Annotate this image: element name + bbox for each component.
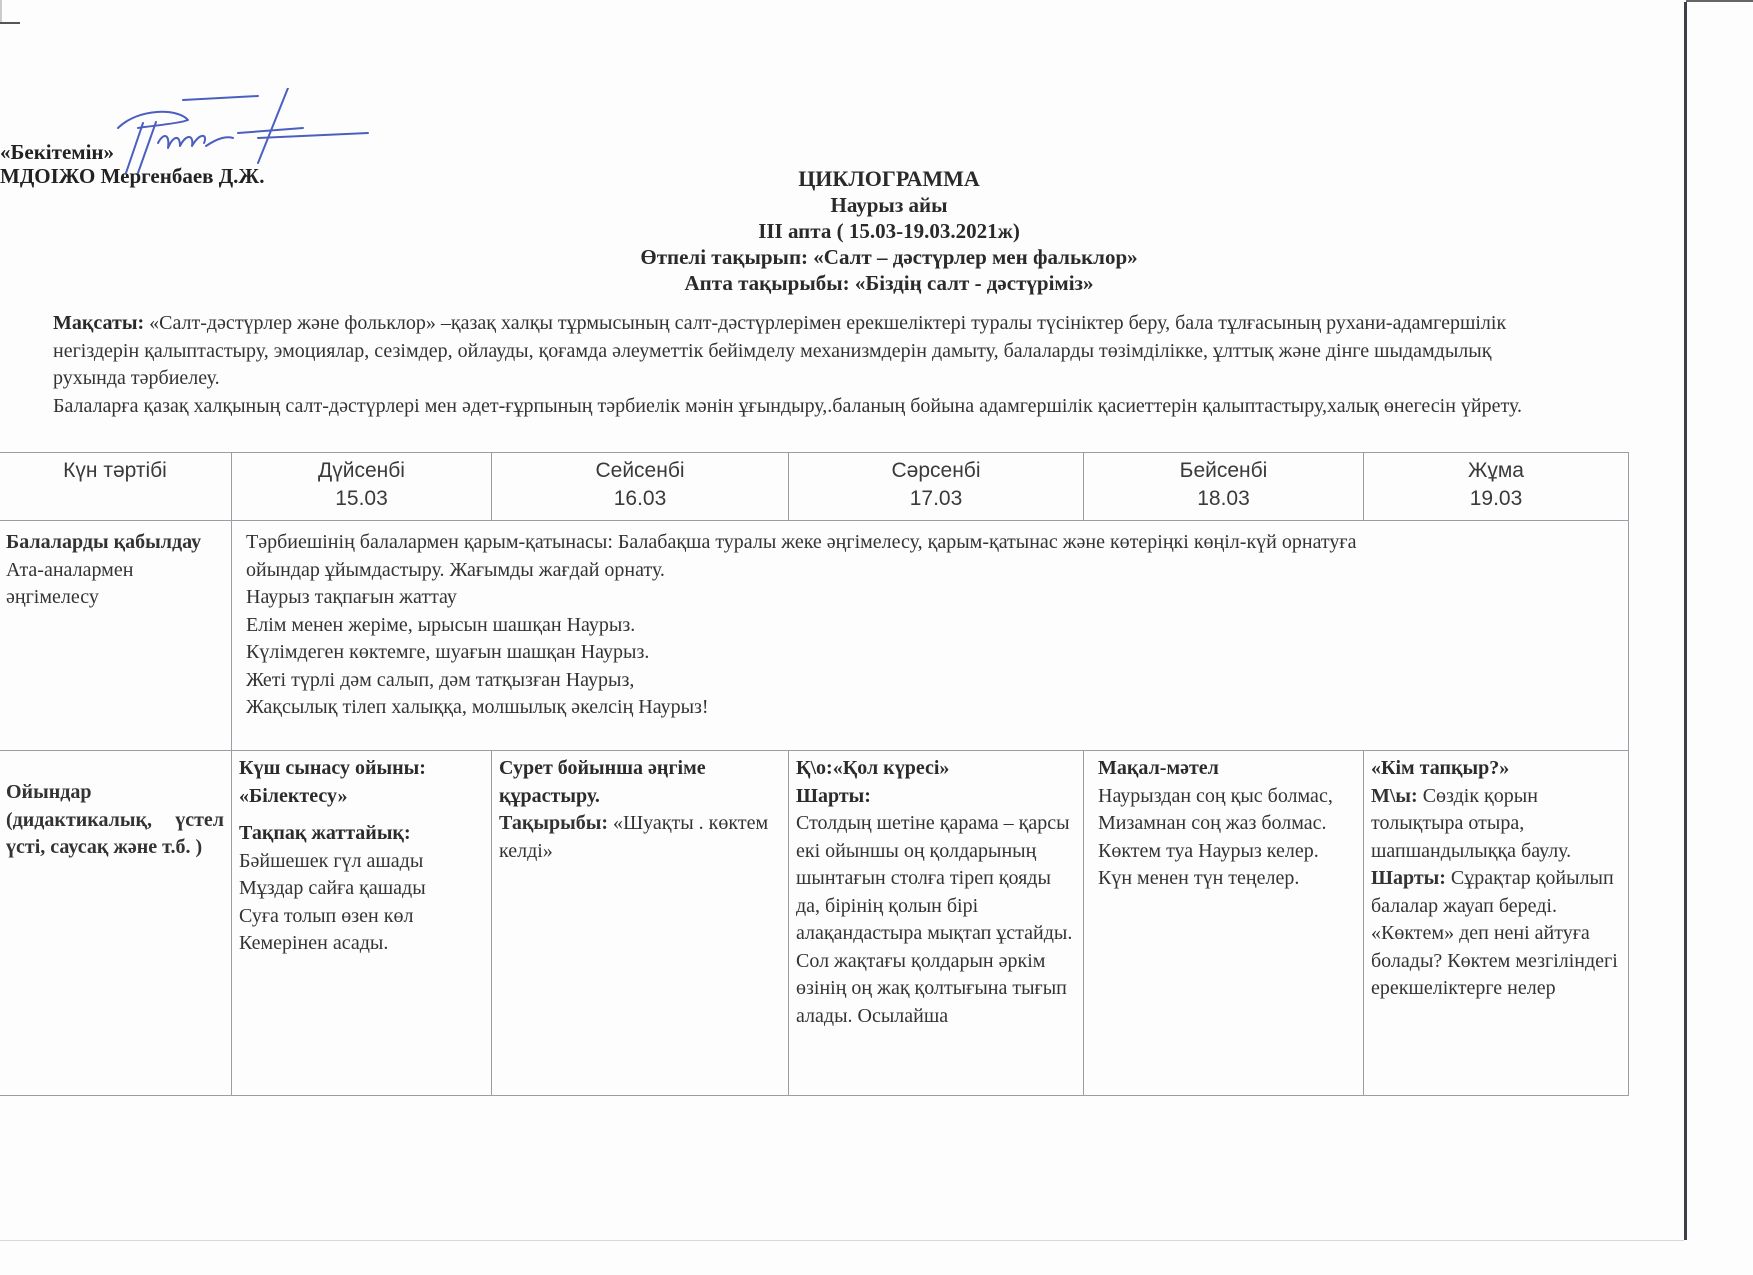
content-line: Жақсылық тілеп халыққа, молшылық әкелсің… <box>246 694 1621 722</box>
goals-label: Мақсаты: <box>53 312 144 334</box>
column-day: Жұма <box>1468 459 1524 482</box>
column-date: 18.03 <box>1091 485 1356 513</box>
spacer <box>239 810 484 820</box>
row-header-text: Ойындар (дидактикалық, үстел үсті, сауса… <box>6 781 224 858</box>
column-header-thursday: Бейсенбі18.03 <box>1084 453 1364 521</box>
column-header-friday: Жұма19.03 <box>1364 453 1629 521</box>
column-day: Дүйсенбі <box>318 459 405 482</box>
rules-label: Шарты: <box>796 783 1076 811</box>
game-title: Мақал-мәтел <box>1098 755 1356 783</box>
column-header-monday: Дүйсенбі15.03 <box>232 453 492 521</box>
page-edge <box>0 1240 1684 1241</box>
page-title: ЦИКЛОГРАММА <box>105 166 1673 192</box>
document-title-block: ЦИКЛОГРАММА Наурыз айы ІІІ апта ( 15.03-… <box>0 166 1568 296</box>
column-day: Бейсенбі <box>1180 459 1268 482</box>
table-row: Ойындар (дидактикалық, үстел үсті, сауса… <box>0 751 1629 1096</box>
table-header-row: Күн тәртібі Дүйсенбі15.03 Сейсенбі16.03 … <box>0 453 1629 521</box>
transitional-topic: Өтпелі тақырып: «Салт – дәстүрлер мен фа… <box>105 244 1673 270</box>
table-row: Балаларды қабылдау Ата-аналармен әңгімел… <box>0 521 1629 751</box>
goals-paragraph: Мақсаты: «Салт-дәстүрлер және фольклор» … <box>53 310 1553 420</box>
column-day: Сәрсенбі <box>892 459 981 482</box>
games-wednesday: Қ\о:«Қол күресі» Шарты: Столдың шетіне қ… <box>789 751 1084 1096</box>
content-line: Елім менен жеріме, ырысын шашқан Наурыз. <box>246 612 1621 640</box>
row-header-bold: Балаларды қабылдау <box>6 529 224 557</box>
poem-line: Кемерінен асады. <box>239 930 484 958</box>
goals-text-2: Балаларға қазақ халқының салт-дәстүрлері… <box>53 395 1522 417</box>
column-header-wednesday: Сәрсенбі17.03 <box>789 453 1084 521</box>
cyclogram-table: Күн тәртібі Дүйсенбі15.03 Сейсенбі16.03 … <box>0 452 1629 1096</box>
column-day: Күн тәртібі <box>63 459 167 482</box>
games-friday: «Кім тапқыр?» М\ы: Сөздік қорын толықтыр… <box>1364 751 1629 1096</box>
row-header-normal: Ата-аналармен әңгімелесу <box>6 559 133 609</box>
content-line: Күлімдеген көктемге, шуағын шашқан Науры… <box>246 639 1621 667</box>
games-tuesday: Сурет бойынша әңгіме құрастыру. Тақырыбы… <box>492 751 789 1096</box>
row-header-reception: Балаларды қабылдау Ата-аналармен әңгімел… <box>0 521 232 751</box>
page-edge <box>1684 2 1687 1240</box>
scan-artifact <box>0 0 2 22</box>
reception-content: Тәрбиешінің балалармен қарым-қатынасы: Б… <box>232 521 1629 751</box>
page-edge <box>1686 0 1753 2</box>
column-date: 19.03 <box>1371 485 1621 513</box>
rules-label: Шарты: <box>1371 867 1446 889</box>
topic-label: Тақырыбы: <box>499 812 608 834</box>
game-subtitle: Тақпақ жаттайық: <box>239 820 484 848</box>
rules-text: Столдың шетіне қарама – қарсы екі ойыншы… <box>796 810 1076 1030</box>
column-header-tuesday: Сейсенбі16.03 <box>492 453 789 521</box>
game-title: Қ\о:«Қол күресі» <box>796 755 1076 783</box>
proverbs-text: Наурыздан соң қыс болмас, Мизамнан соң ж… <box>1098 783 1356 893</box>
game-title: Сурет бойынша әңгіме құрастыру. <box>499 755 781 810</box>
game-title: «Кім тапқыр?» <box>1371 755 1621 783</box>
goal-label: М\ы: <box>1371 785 1418 807</box>
poem-line: Суға толып өзен көл <box>239 903 484 931</box>
column-date: 16.03 <box>499 485 781 513</box>
week-topic: Апта тақырыбы: «Біздің салт - дәстүріміз… <box>105 270 1673 296</box>
poem-line: Мұздар сайға қашады <box>239 875 484 903</box>
week-label: ІІІ апта ( 15.03-19.03.2021ж) <box>105 218 1673 244</box>
content-line: Тәрбиешінің балалармен қарым-қатынасы: Б… <box>246 529 1621 584</box>
content-line: Наурыз тақпағын жаттау <box>246 584 1621 612</box>
row-header-games: Ойындар (дидактикалық, үстел үсті, сауса… <box>0 751 232 1096</box>
column-date: 17.03 <box>796 485 1076 513</box>
games-monday: Күш сынасу ойыны: «Білектесу» Тақпақ жат… <box>232 751 492 1096</box>
scan-artifact <box>0 22 20 24</box>
column-header-schedule: Күн тәртібі <box>0 453 232 521</box>
games-thursday: Мақал-мәтел Наурыздан соң қыс болмас, Ми… <box>1084 751 1364 1096</box>
column-date: 15.03 <box>239 485 484 513</box>
column-day: Сейсенбі <box>595 459 684 482</box>
game-title: Күш сынасу ойыны: «Білектесу» <box>239 755 484 810</box>
poem-line: Бәйшешек гүл ашады <box>239 848 484 876</box>
goals-text: «Салт-дәстүрлер және фольклор» –қазақ ха… <box>53 312 1506 389</box>
month-label: Наурыз айы <box>105 192 1673 218</box>
content-line: Жеті түрлі дәм салып, дәм татқызған Наур… <box>246 667 1621 695</box>
